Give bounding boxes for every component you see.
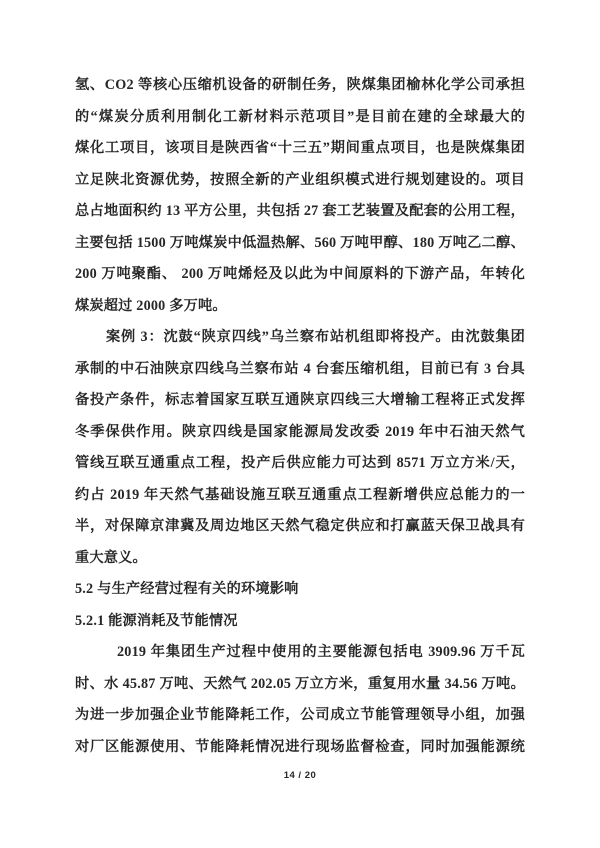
body-line: 对厂区能源使用、节能降耗情况进行现场监督检查，同时加强能源统	[75, 732, 525, 764]
body-line: 约占 2019 年天然气基础设施互联互通重点工程新增供应总能力的一	[75, 480, 525, 512]
body-line: 的“煤炭分质利用制化工新材料示范项目”是目前在建的全球最大的	[75, 102, 525, 134]
page-number: 14 / 20	[0, 770, 600, 781]
body-line: 冬季保供作用。陕京四线是国家能源局发改委 2019 年中石油天然气	[75, 417, 525, 449]
body-line: 时、水 45.87 万吨、天然气 202.05 万立方米，重复用水量 34.56…	[75, 669, 525, 701]
body-line: 主要包括 1500 万吨煤炭中低温热解、560 万吨甲醇、180 万吨乙二醇、	[75, 228, 525, 260]
body-line: 为进一步加强企业节能降耗工作，公司成立节能管理领导小组，加强	[75, 700, 525, 732]
body-line-paragraph-end: 煤炭超过 2000 多万吨。	[75, 291, 525, 323]
section-heading-5-2: 5.2 与生产经营过程有关的环境影响	[75, 574, 525, 606]
body-line: 200 万吨聚酯、 200 万吨烯烃及以此为中间原料的下游产品，年转化	[75, 259, 525, 291]
body-line: 备投产条件，标志着国家互联互通陕京四线三大增输工程将正式发挥	[75, 385, 525, 417]
body-line: 承制的中石油陕京四线乌兰察布站 4 台套压缩机组，目前已有 3 台具	[75, 354, 525, 386]
body-line: 管线互联互通重点工程，投产后供应能力可达到 8571 万立方米/天，	[75, 448, 525, 480]
body-line-paragraph-end: 重大意义。	[75, 543, 525, 575]
document-body: 氢、CO2 等核心压缩机设备的研制任务，陕煤集团榆林化学公司承担 的“煤炭分质利…	[75, 70, 525, 763]
document-page: 氢、CO2 等核心压缩机设备的研制任务，陕煤集团榆林化学公司承担 的“煤炭分质利…	[0, 0, 600, 848]
body-line: 立足陕北资源优势，按照全新的产业组织模式进行规划建设的。项目	[75, 165, 525, 197]
body-line: 总占地面积约 13 平方公里，共包括 27 套工艺装置及配套的公用工程，	[75, 196, 525, 228]
body-line: 半，对保障京津冀及周边地区天然气稳定供应和打赢蓝天保卫战具有	[75, 511, 525, 543]
subsection-heading-5-2-1: 5.2.1 能源消耗及节能情况	[75, 606, 525, 638]
body-line: 氢、CO2 等核心压缩机设备的研制任务，陕煤集团榆林化学公司承担	[75, 70, 525, 102]
body-line-paragraph-start: 2019 年集团生产过程中使用的主要能源包括电 3909.96 万千瓦	[75, 637, 525, 669]
body-line-case3-start: 案例 3：沈鼓“陕京四线”乌兰察布站机组即将投产。由沈鼓集团	[75, 322, 525, 354]
body-line: 煤化工项目，该项目是陕西省“十三五”期间重点项目，也是陕煤集团	[75, 133, 525, 165]
